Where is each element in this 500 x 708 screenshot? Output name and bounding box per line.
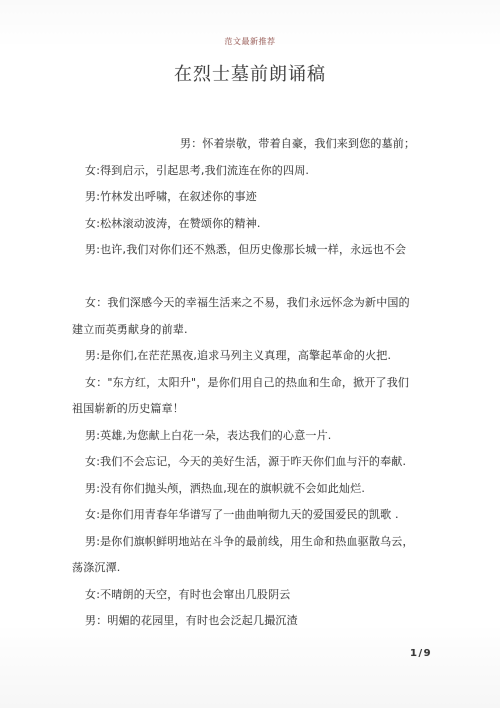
page-title: 在烈士墓前朗诵稿 <box>0 63 500 87</box>
text-line: 男：怀着崇敬，带着自豪，我们来到您的墓前； <box>72 131 434 158</box>
watermark-text: 范文最新推荐 <box>0 36 500 47</box>
text-line: 男:也许,我们对你们还不熟悉，但历史像那长城一样，永远也不会 <box>72 237 434 264</box>
text-line <box>72 264 434 291</box>
text-line: 女：我们深感今天的幸福生活来之不易，我们永远怀念为新中国的 <box>72 290 434 317</box>
text-line: 建立而英勇献身的前辈. <box>72 317 434 344</box>
text-line: 男：明媚的花园里，有时也会泛起几撮沉渣 <box>72 608 434 635</box>
text-line: 女:我们不会忘记，今天的美好生活，源于昨天你们血与汗的奉献. <box>72 449 434 476</box>
text-line: 男:竹林发出呼啸，在叙述你的事迹 <box>72 184 434 211</box>
document-body: 男：怀着崇敬，带着自豪，我们来到您的墓前；女:得到启示，引起思考,我们流连在你的… <box>72 131 434 635</box>
document-page: 范文最新推荐 在烈士墓前朗诵稿 男：怀着崇敬，带着自豪，我们来到您的墓前；女:得… <box>0 0 500 708</box>
text-line: 女："东方红，太阳升"，是你们用自己的热血和生命，掀开了我们 <box>72 370 434 397</box>
page-indicator: 1/9 <box>410 648 432 660</box>
text-line: 男:英雄,为您献上白花一朵，表达我们的心意一片. <box>72 423 434 450</box>
text-line: 男:没有你们抛头颅，洒热血,现在的旗帜就不会如此灿烂. <box>72 476 434 503</box>
text-line: 女:松林滚动波涛，在赞颂你的精神. <box>72 211 434 238</box>
text-line: 祖国崭新的历史篇章！ <box>72 396 434 423</box>
text-line: 女:得到启示，引起思考,我们流连在你的四周. <box>72 158 434 185</box>
text-line: 荡涤沉潭. <box>72 555 434 582</box>
text-line: 男:是你们,在茫茫黑夜,追求马列主义真理，高擎起革命的火把. <box>72 343 434 370</box>
text-line: 男:是你们旗帜鲜明地站在斗争的最前线，用生命和热血驱散乌云， <box>72 529 434 556</box>
text-line: 女:不晴朗的天空，有时也会窜出几股阴云 <box>72 582 434 609</box>
text-line: 女:是你们用青春年华谱写了一曲曲响彻九天的爱国爱民的凯歌 . <box>72 502 434 529</box>
